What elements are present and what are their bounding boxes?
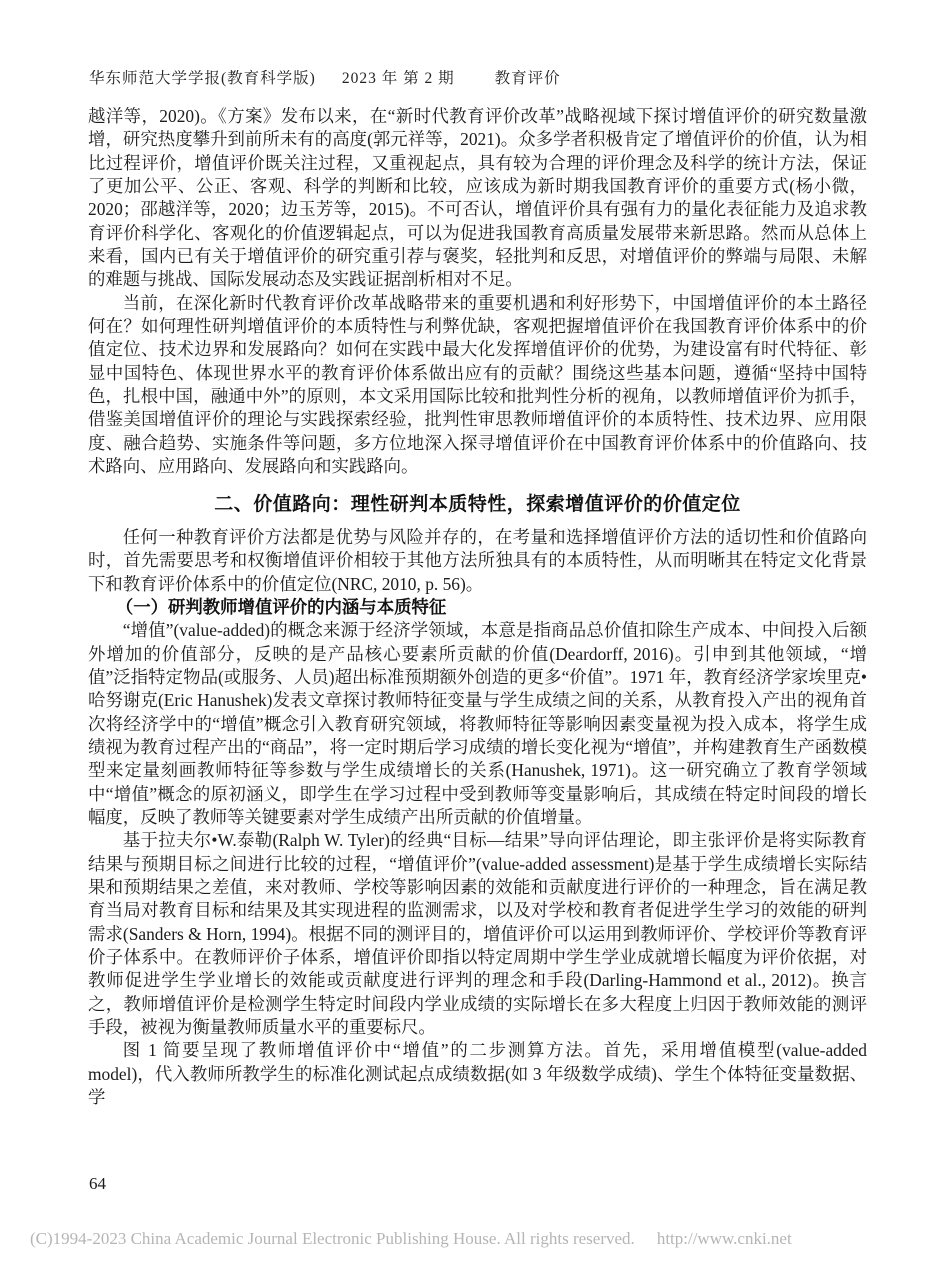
journal-issue: 2023 年 第 2 期	[342, 70, 455, 87]
subsection-heading: （一）研判教师增值评价的内涵与本质特征	[88, 596, 867, 619]
paragraph-runover: 图 1 简要呈现了教师增值评价中“增值”的二步测算方法。首先，采用增值模型(va…	[88, 1039, 867, 1109]
journal-header: 华东师范大学学报(教育科学版)2023 年 第 2 期教育评价	[89, 66, 561, 88]
section-heading: 二、价值路向：理性研判本质特性，探索增值评价的价值定位	[88, 493, 867, 516]
paragraph: 基于拉夫尔•W.泰勒(Ralph W. Tyler)的经典“目标—结果”导向评估…	[88, 829, 867, 1039]
paragraph-continued: 越洋等，2020)。《方案》发布以来，在“新时代教育评价改革”战略视域下探讨增值…	[88, 105, 867, 292]
paragraph: 当前，在深化新时代教育评价改革战略带来的重要机遇和利好形势下，中国增值评价的本土…	[88, 292, 867, 479]
paragraph: 任何一种教育评价方法都是优势与风险并存的，在考量和选择增值评价方法的适切性和价值…	[88, 526, 867, 596]
article-body: 越洋等，2020)。《方案》发布以来，在“新时代教育评价改革”战略视域下探讨增值…	[88, 105, 867, 1109]
journal-column: 教育评价	[495, 70, 561, 87]
document-page: 华东师范大学学报(教育科学版)2023 年 第 2 期教育评价 越洋等，2020…	[0, 0, 950, 1276]
publisher-url: http://www.cnki.net	[657, 1229, 792, 1248]
copyright-text: (C)1994-2023 China Academic Journal Elec…	[30, 1229, 635, 1248]
page-number: 64	[89, 1174, 106, 1194]
paragraph: “增值”(value-added)的概念来源于经济学领域，本意是指商品总价值扣除…	[88, 619, 867, 829]
copyright-footer: (C)1994-2023 China Academic Journal Elec…	[30, 1229, 792, 1249]
journal-title: 华东师范大学学报(教育科学版)	[89, 70, 316, 87]
